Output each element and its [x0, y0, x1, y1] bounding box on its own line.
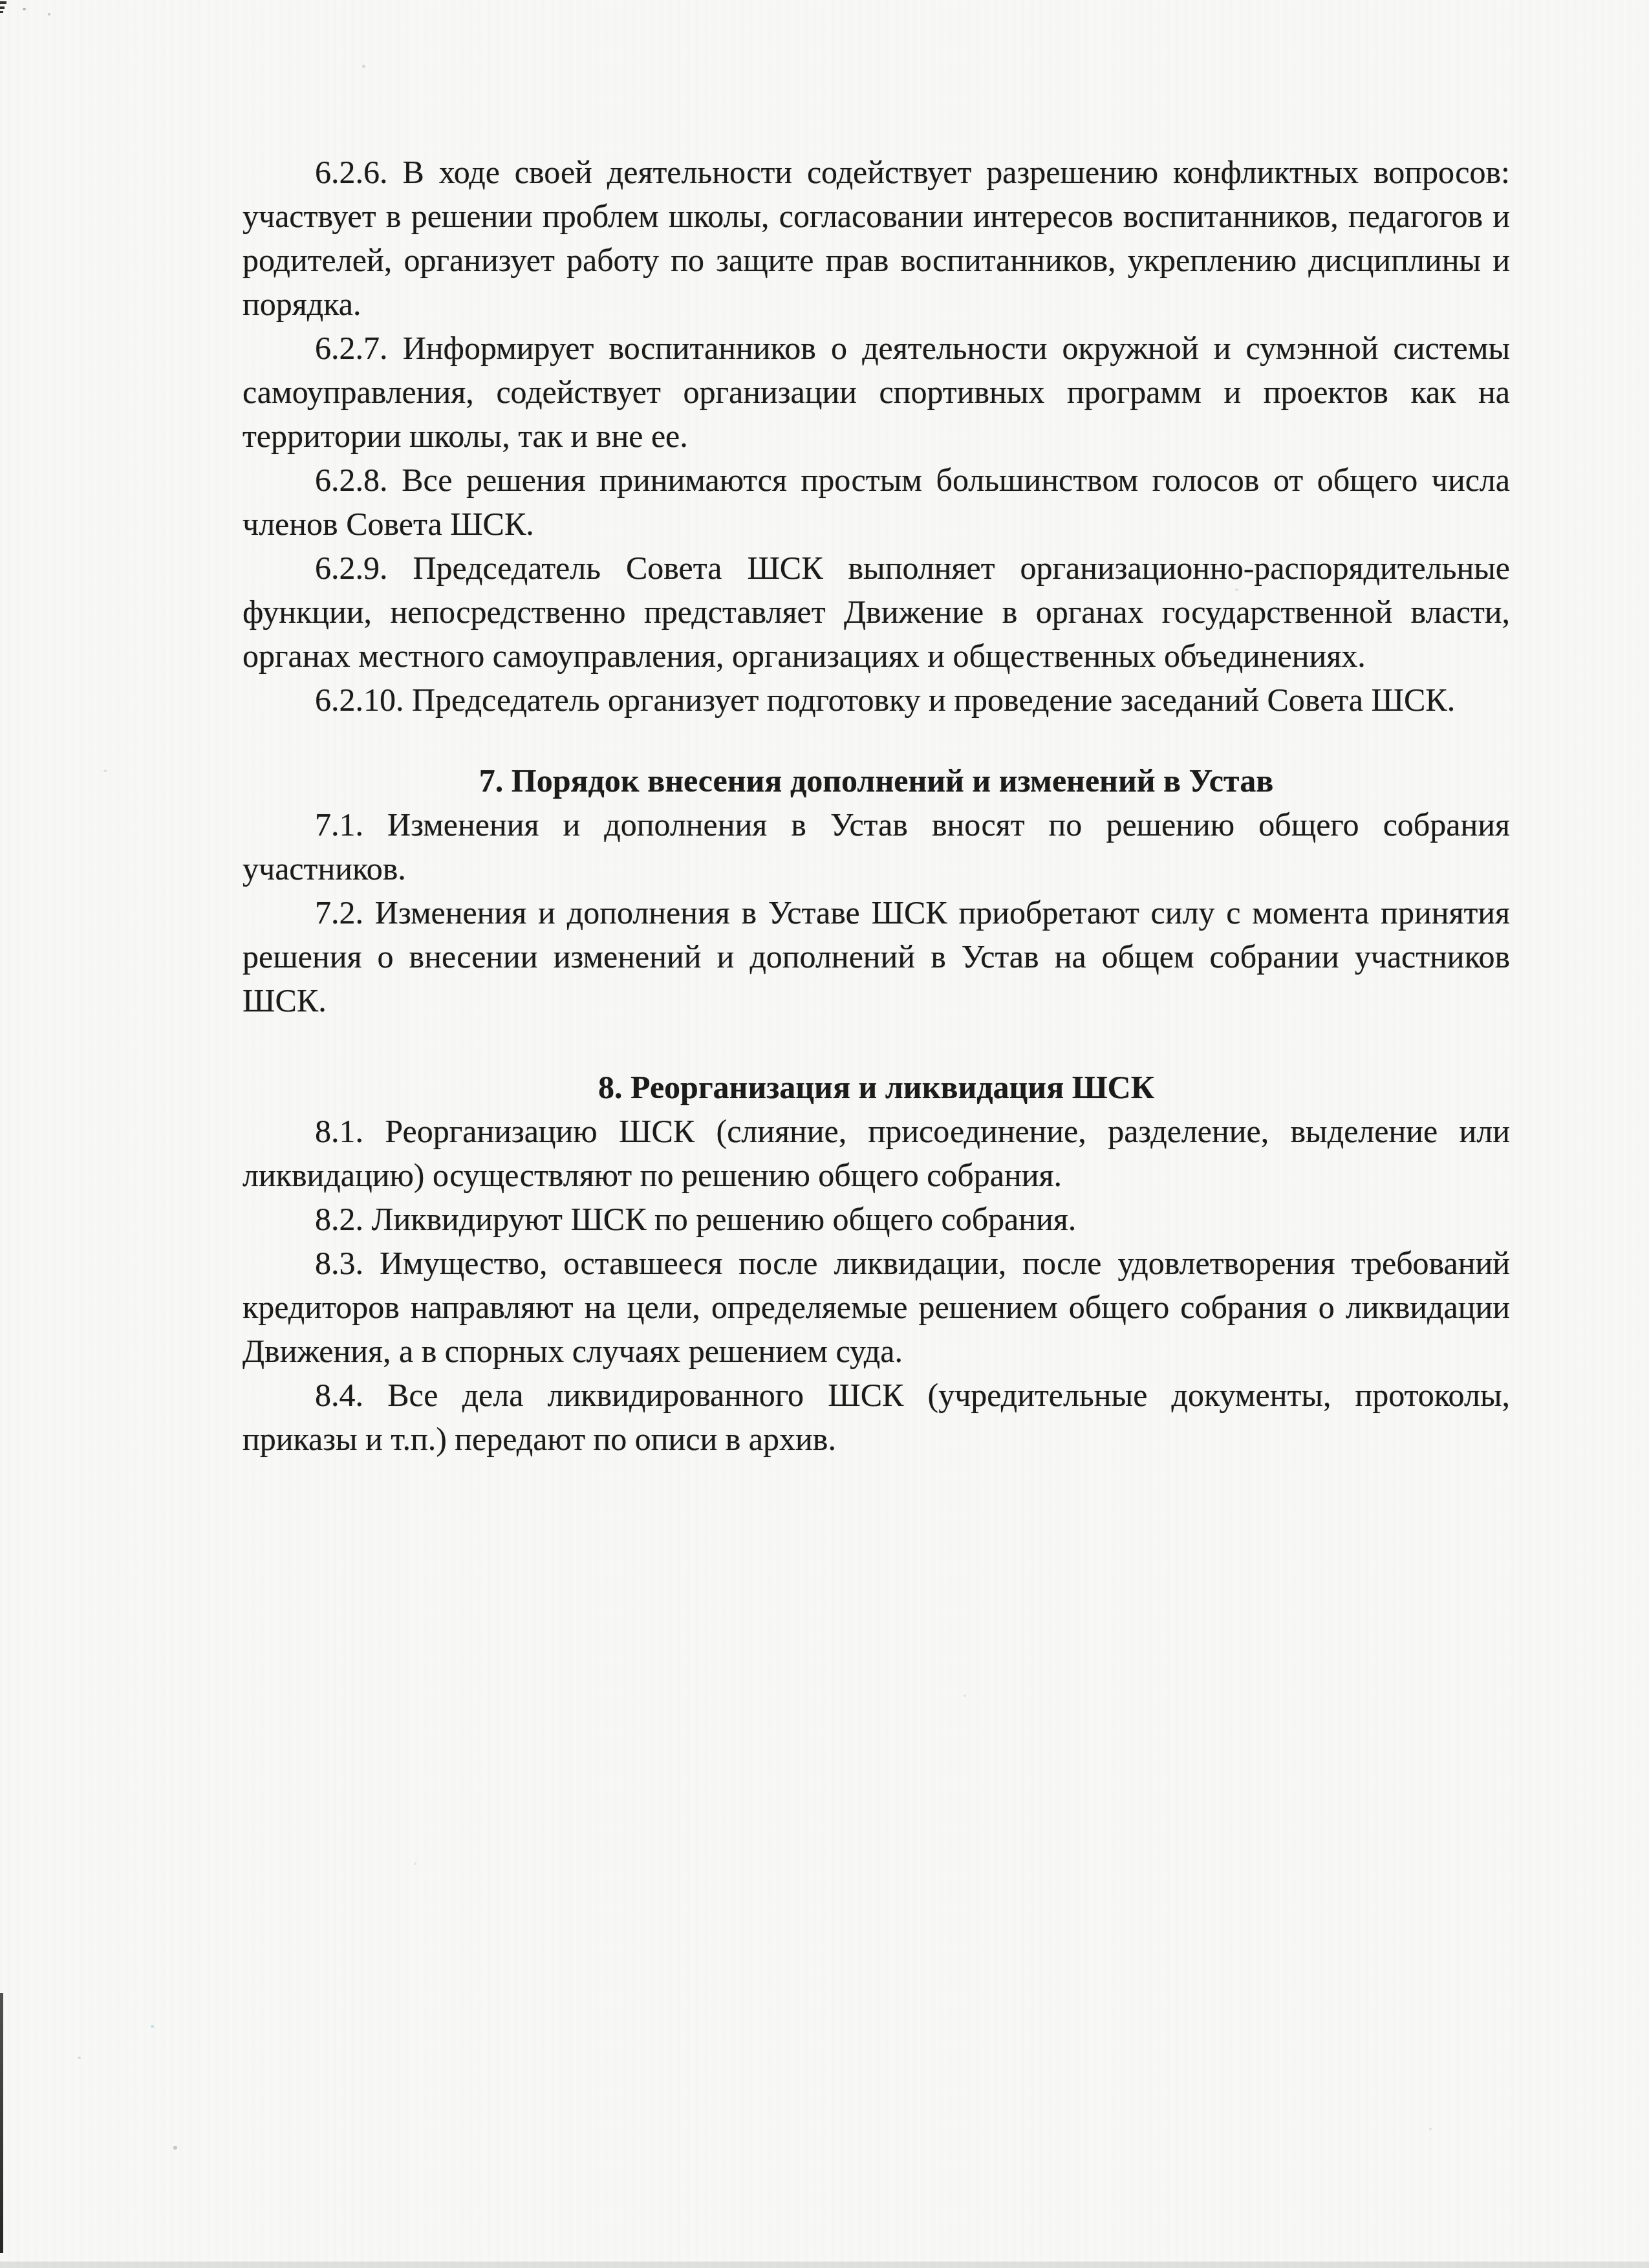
scan-speck	[103, 770, 107, 772]
paragraph-6-2-10: 6.2.10. Председатель организует подготов…	[242, 678, 1510, 722]
scan-speck	[173, 2146, 177, 2150]
scan-speck	[362, 65, 365, 68]
paragraph-7-1: 7.1. Изменения и дополнения в Устав внос…	[242, 803, 1510, 891]
document-body: 6.2.6. В ходе своей деятельности содейст…	[242, 150, 1510, 1461]
section-7-heading: 7. Порядок внесения дополнений и изменен…	[242, 759, 1510, 803]
scan-edge-mark	[0, 11, 3, 13]
paragraph-6-2-8: 6.2.8. Все решения принимаются простым б…	[242, 458, 1510, 546]
scan-speck	[414, 1863, 416, 1865]
scan-speck	[23, 8, 26, 10]
paragraph-8-3: 8.3. Имущество, оставшееся после ликвида…	[242, 1241, 1510, 1373]
paragraph-7-2: 7.2. Изменения и дополнения в Уставе ШСК…	[242, 891, 1510, 1022]
paragraph-8-1: 8.1. Реорганизацию ШСК (слияние, присоед…	[242, 1109, 1510, 1197]
scan-speck	[48, 13, 50, 16]
paragraph-6-2-9: 6.2.9. Председатель Совета ШСК выполняет…	[242, 546, 1510, 678]
scan-edge-mark	[0, 6, 5, 9]
document-page: 6.2.6. В ходе своей деятельности содейст…	[0, 0, 1649, 2268]
scan-speck	[151, 2025, 154, 2028]
paragraph-6-2-6: 6.2.6. В ходе своей деятельности содейст…	[242, 150, 1510, 326]
section-8-heading: 8. Реорганизация и ликвидация ШСК	[242, 1065, 1510, 1109]
scan-speck	[78, 2057, 81, 2059]
scan-edge-strip	[0, 1993, 3, 2253]
paragraph-6-2-7: 6.2.7. Информирует воспитанников о деяте…	[242, 326, 1510, 458]
scan-speck	[964, 1694, 966, 1697]
paragraph-8-4: 8.4. Все дела ликвидированного ШСК (учре…	[242, 1373, 1510, 1461]
scan-speck	[1429, 2128, 1432, 2130]
scan-bottom-edge	[0, 2262, 1649, 2268]
paragraph-8-2: 8.2. Ликвидируют ШСК по решению общего с…	[242, 1197, 1510, 1241]
scan-edge-mark	[0, 1, 6, 4]
